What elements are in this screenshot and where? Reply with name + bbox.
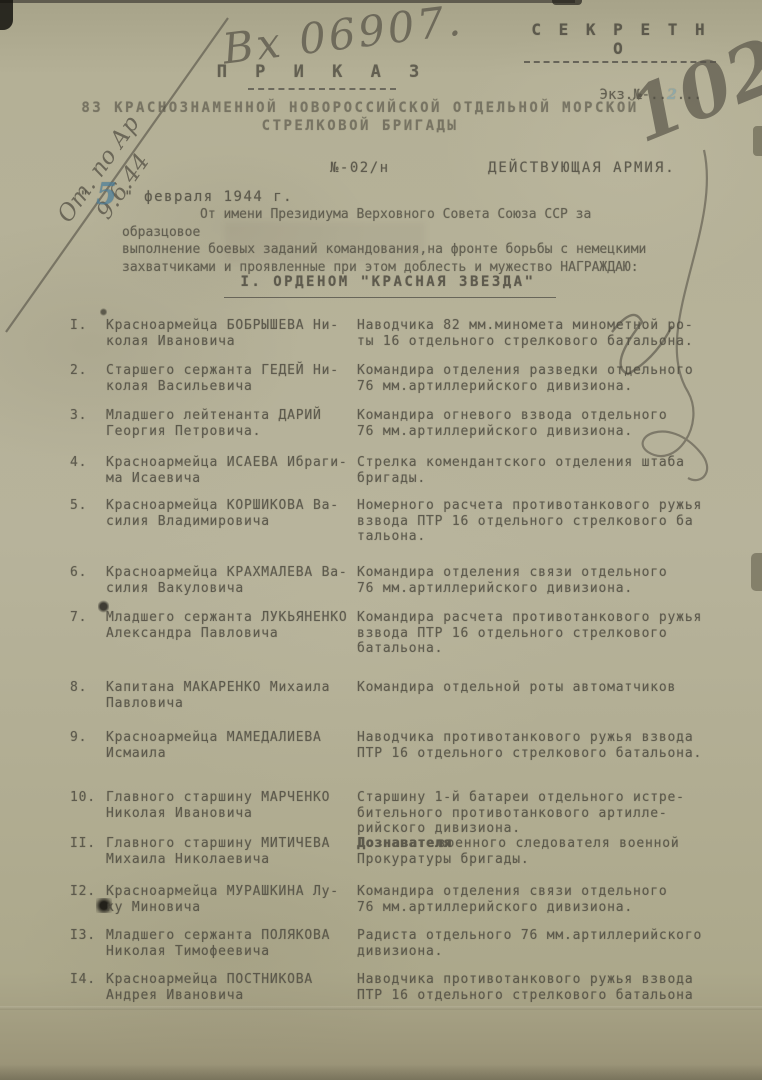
preamble-paragraph: От имени Президиума Верховного Совета Со… (122, 206, 674, 276)
document-page: От. по Ар 9.6.44 Вх 06907. 102 С Е К Р Е… (0, 0, 762, 1080)
awardee-role: Наводчика противотанкового ружья взвода … (357, 730, 762, 761)
scan-edge-artifact (0, 0, 575, 3)
awardee-name: Красноармейца МУРАШКИНА Лу- ку Миновича (106, 884, 358, 915)
award-number: I3. (70, 928, 96, 944)
scan-corner-artifact (0, 0, 13, 30)
order-title-underline (248, 88, 396, 90)
paper-crease (0, 1006, 762, 1010)
section-heading-underline (224, 297, 556, 298)
army-location: ДЕЙСТВУЮЩАЯ АРМИЯ. (488, 160, 676, 176)
award-number: 5. (70, 498, 87, 514)
page-bottom-shadow (0, 1064, 762, 1080)
awardee-role: Наводчика противотанкового ружья взвода … (357, 972, 762, 1003)
award-number: 3. (70, 408, 87, 424)
awardee-role: Командира отделения связи отдельного 76 … (357, 565, 762, 596)
awardee-name: Капитана МАКАРЕНКО Михаила Павловича (106, 680, 358, 711)
awardee-name: Красноармейца КРАХМАЛЕВА Ва- силия Вакул… (106, 565, 358, 596)
awardee-role: Командира огневого взвода отдельного 76 … (357, 408, 762, 439)
awardee-name: Красноармейца МАМЕДАЛИЕВА Исмаила (106, 730, 358, 761)
award-number: I2. (70, 884, 96, 900)
awardee-role: Командира расчета противотанкового ружья… (357, 610, 762, 657)
awardee-role: Командира отдельной роты автоматчиков (357, 680, 762, 696)
awardee-role: Старшину 1-й батареи отдельного истре- б… (357, 790, 762, 837)
award-number: 10. (70, 790, 96, 806)
award-number: 2. (70, 363, 87, 379)
awardee-name: Красноармейца БОБРЫШЕВА Ни- колая Иванов… (106, 318, 358, 349)
award-number: 8. (70, 680, 87, 696)
award-number: I4. (70, 972, 96, 988)
copy-number-dots: ... (677, 87, 702, 103)
secret-label: С Е К Р Е Т Н О (524, 20, 716, 58)
handwritten-day: 5 (96, 177, 118, 212)
awardee-role: Командира отделения разведки отдельного … (357, 363, 762, 394)
awardee-name: Старшего сержанта ГЕДЕЙ Ни- колая Василь… (106, 363, 358, 394)
awardee-role: Номерного расчета противотанкового ружья… (357, 498, 762, 545)
date-open-quote: " (80, 189, 90, 205)
scan-edge-artifact (552, 0, 582, 5)
section-heading: I. ОРДЕНОМ "КРАСНАЯ ЗВЕЗДА" (0, 274, 762, 290)
order-title: П Р И К А З (0, 62, 645, 82)
awardee-role: Наводчика 82 мм.миномета минометной ро- … (357, 318, 762, 349)
award-number: I. (70, 318, 87, 334)
awardee-role: Командира отделения связи отдельного 76 … (357, 884, 762, 915)
award-number: 7. (70, 610, 87, 626)
page-edge-mark (753, 126, 762, 156)
awardee-name: Младшего сержанта ЛУКЬЯНЕНКО Александра … (106, 610, 358, 641)
award-number: 9. (70, 730, 87, 746)
award-number: II. (70, 836, 96, 852)
handwritten-copy-number: 2 (667, 87, 677, 103)
awardee-name: Младшего лейтенанта ДАРИЙ Георгия Петров… (106, 408, 358, 439)
ink-blot (100, 308, 107, 316)
date-rest: " февраля 1944 г. (124, 189, 293, 205)
awardee-name: Красноармейца КОРШИКОВА Ва- силия Владим… (106, 498, 358, 529)
overstruck-correction: Дознавателя (357, 836, 452, 852)
unit-title-line1: 83 КРАСНОЗНАМЕННОЙ НОВОРОССИЙСКОЙ ОТДЕЛЬ… (55, 100, 665, 116)
awardee-role: Стрелка комендантского отделения штаба б… (357, 455, 762, 486)
unit-title-line2: СТРЕЛКОВОЙ БРИГАДЫ (55, 118, 665, 134)
awardee-role: Радиста отдельного 76 мм.артиллерийского… (357, 928, 762, 959)
awardee-name: Главного старшину МИТИЧЕВА Михаила Никол… (106, 836, 358, 867)
awardee-role: Дознавателявоенного следователя военной … (357, 836, 762, 867)
awardee-name: Младшего сержанта ПОЛЯКОВА Николая Тимоф… (106, 928, 358, 959)
award-number: 4. (70, 455, 87, 471)
order-number: №-02/н (330, 160, 390, 176)
awardee-name: Красноармейца ИСАЕВА Ибраги- ма Исаевича (106, 455, 358, 486)
awardee-name: Главного старшину МАРЧЕНКО Николая Ивано… (106, 790, 358, 821)
awardee-name: Красноармейца ПОСТНИКОВА Андрея Иванович… (106, 972, 358, 1003)
award-number: 6. (70, 565, 87, 581)
